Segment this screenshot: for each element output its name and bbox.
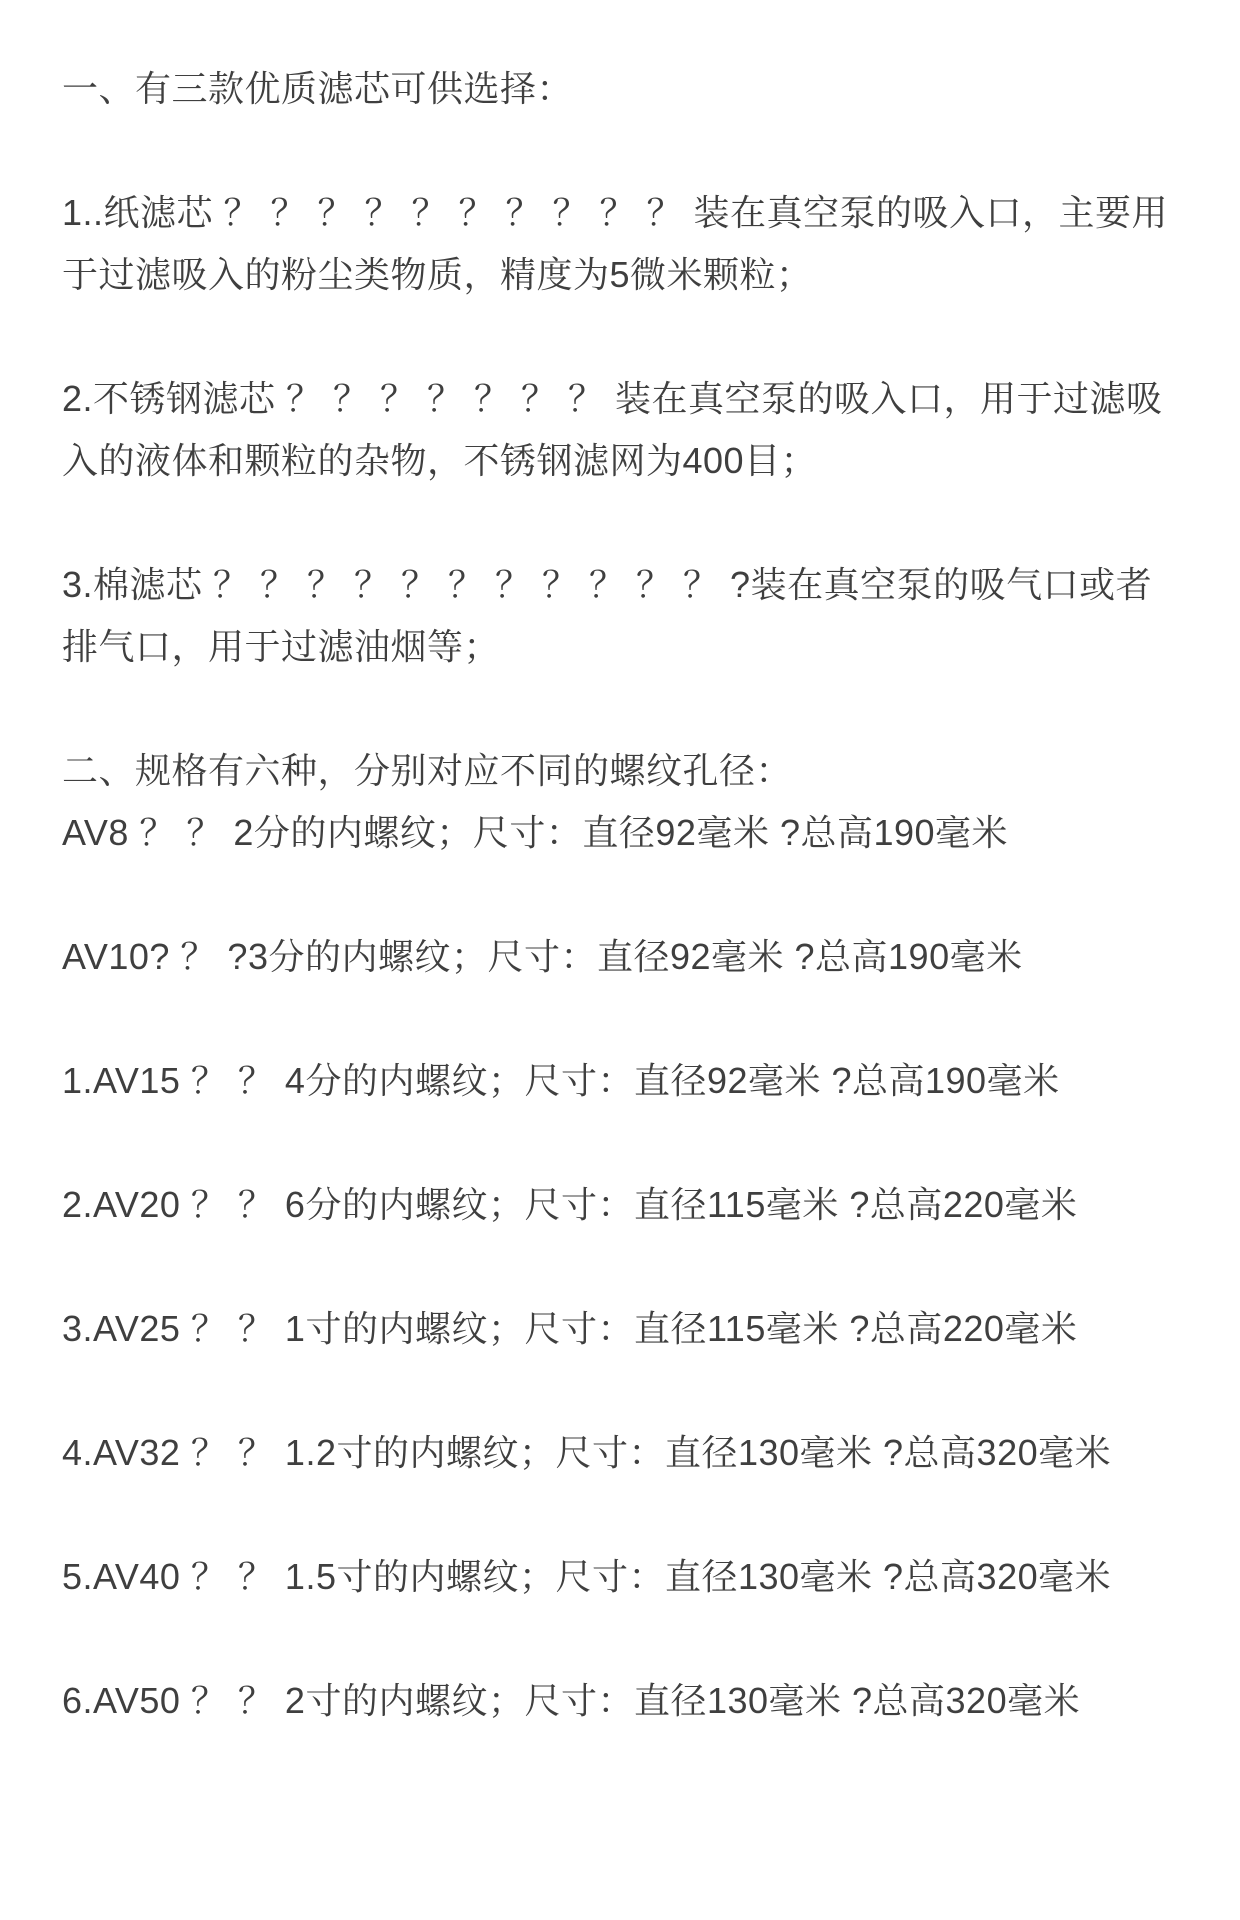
spec-av40: 5.AV40 ？ ？ 1.5寸的内螺纹；尺寸：直径130毫米 ?总高320毫米 (62, 1546, 1184, 1608)
paper-filter-item: 1..纸滤芯 ？ ？ ？ ？ ？ ？ ？ ？ ？ ？ 装在真空泵的吸入口，主要用… (62, 182, 1184, 306)
spec-av15: 1.AV15 ？ ？ 4分的内螺纹；尺寸：直径92毫米 ?总高190毫米 (62, 1050, 1184, 1112)
section-one-heading: 一、有三款优质滤芯可供选择： (62, 58, 1184, 120)
section-two-heading: 二、规格有六种，分别对应不同的螺纹孔径： (62, 740, 1184, 802)
spec-av32: 4.AV32 ？ ？ 1.2寸的内螺纹；尺寸：直径130毫米 ?总高320毫米 (62, 1422, 1184, 1484)
spec-av20: 2.AV20 ？ ？ 6分的内螺纹；尺寸：直径115毫米 ?总高220毫米 (62, 1174, 1184, 1236)
spec-av8: AV8 ？ ？ 2分的内螺纹；尺寸：直径92毫米 ?总高190毫米 (62, 802, 1184, 864)
stainless-filter-item: 2.不锈钢滤芯 ？ ？ ？ ？ ？ ？ ？ 装在真空泵的吸入口，用于过滤吸入的液… (62, 368, 1184, 492)
spec-av50: 6.AV50 ？ ？ 2寸的内螺纹；尺寸：直径130毫米 ?总高320毫米 (62, 1670, 1184, 1732)
spec-av25: 3.AV25 ？ ？ 1寸的内螺纹；尺寸：直径115毫米 ?总高220毫米 (62, 1298, 1184, 1360)
cotton-filter-item: 3.棉滤芯 ？ ？ ？ ？ ？ ？ ？ ？ ？ ？ ？ ?装在真空泵的吸气口或者… (62, 554, 1184, 678)
document-page: 一、有三款优质滤芯可供选择： 1..纸滤芯 ？ ？ ？ ？ ？ ？ ？ ？ ？ … (0, 0, 1240, 1874)
spec-av10: AV10? ？ ?3分的内螺纹；尺寸：直径92毫米 ?总高190毫米 (62, 926, 1184, 988)
